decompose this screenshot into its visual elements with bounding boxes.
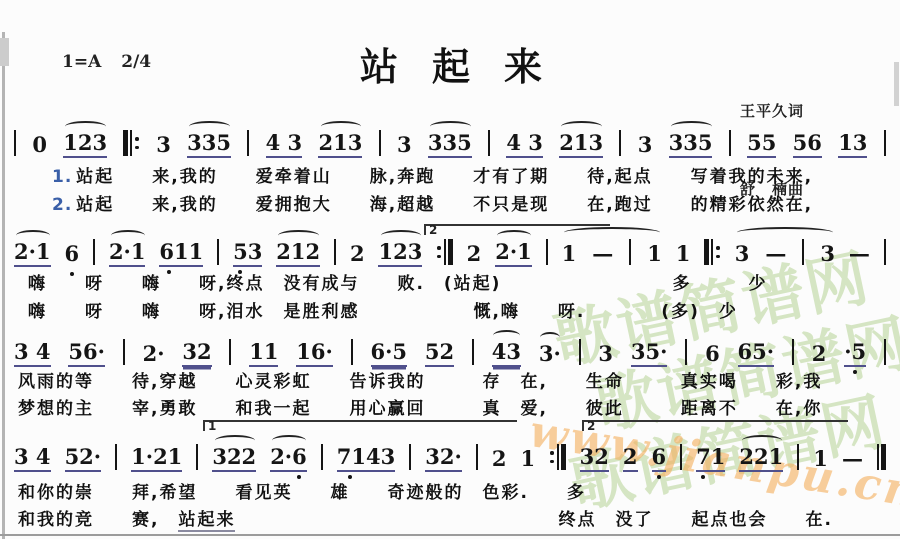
- tied-note-group: 3—3: [735, 239, 835, 267]
- lyrics-row-verse2-line3: 梦想的主 宰,勇敢 和我一起 用心赢回 真 爱, 彼此 距离不 在,你: [18, 394, 822, 419]
- note: 3: [397, 134, 412, 158]
- note: 43: [492, 341, 521, 367]
- note: 1: [562, 243, 577, 267]
- note: ·5: [844, 341, 866, 367]
- note: 6: [652, 446, 667, 472]
- note: 0: [32, 134, 47, 158]
- tied-note-group: 1—1: [562, 239, 662, 267]
- key-value: 1=A: [62, 52, 101, 72]
- notation-line-3: 3 456·2·321116·6·552433·335·665·2·5: [14, 333, 886, 367]
- barline: [546, 239, 548, 265]
- note: 13: [838, 132, 867, 158]
- lyrics-text: 和你的崇 拜,希望 看见英 雄 奇迹般的 色彩. 多: [18, 483, 586, 503]
- barline: [409, 444, 411, 470]
- lyrics-text: 风雨的等 待,穿越 心灵彩虹 告诉我的 存 在, 生命 真实喝 彩,我: [18, 372, 822, 392]
- lyrics-row-verse2-line4: 和我的竞 赛, 站起来 终点 没了 起点也会 在.: [18, 505, 833, 530]
- note: 1·21: [131, 446, 182, 472]
- note: 2·6: [270, 446, 307, 472]
- barline: [476, 444, 478, 470]
- barline: [351, 339, 353, 365]
- barline: [334, 239, 336, 265]
- note: 1: [676, 243, 691, 267]
- lyrics-text: 站起来: [178, 510, 235, 532]
- repeat-end-barline: [549, 444, 566, 470]
- note: 335: [187, 132, 231, 158]
- note: 32: [580, 446, 609, 472]
- note: 3·: [539, 343, 561, 367]
- note: 16·: [296, 341, 333, 367]
- lyrics-row-verse1-line3: 风雨的等 待,穿越 心灵彩虹 告诉我的 存 在, 生命 真实喝 彩,我: [18, 367, 822, 392]
- time-signature: 2/4: [121, 52, 151, 72]
- barline: [123, 339, 125, 365]
- note: 11: [249, 341, 278, 367]
- note: 56: [793, 132, 822, 158]
- note: 2: [492, 448, 507, 472]
- note: 32: [182, 341, 211, 367]
- note: 35·: [631, 341, 668, 367]
- final-barline: [877, 444, 886, 470]
- barline: [797, 444, 799, 470]
- note: 53: [233, 241, 262, 267]
- verse-number: 2.: [52, 195, 72, 215]
- note: 6·5: [371, 341, 408, 367]
- repeat-end-barline: [436, 239, 453, 265]
- barline: [884, 130, 886, 156]
- scan-edge-bottom: [0, 534, 900, 536]
- note-duration-dash: —: [849, 243, 870, 267]
- volta-label: 2: [587, 422, 595, 431]
- note: 4 3: [506, 132, 543, 158]
- barline: [321, 444, 323, 470]
- barline: [115, 444, 117, 470]
- note: 3: [598, 343, 613, 367]
- lyrics-text: 站起 来,我的 爱牵着山 脉,奔跑 才有了期 待,起点 写着我的未来,: [76, 167, 813, 187]
- barline: [196, 444, 198, 470]
- note: 3: [156, 134, 171, 158]
- note: 221: [739, 446, 783, 472]
- lyrics-row-verse2-line1: 2.站起 来,我的 爱拥抱大 海,超越 不只是现 在,跑过 的精彩依然在,: [52, 190, 813, 215]
- barline: [379, 130, 381, 156]
- barline: [229, 339, 231, 365]
- volta-bracket: 2: [582, 420, 848, 431]
- note: 2: [467, 243, 482, 267]
- note: 3: [638, 134, 653, 158]
- barline: [629, 239, 631, 265]
- lyrics-text: 终点 没了 起点也会 在.: [235, 510, 832, 530]
- lyrics-text: 嗨 呀 嗨 呀,泪水 是胜利感 慨,嗨 呀. (多) 少: [28, 302, 738, 322]
- note: 71: [696, 446, 725, 472]
- note: 2·: [143, 343, 165, 367]
- lyrics-row-verse1-line1: 1.站起 来,我的 爱牵着山 脉,奔跑 才有了期 待,起点 写着我的未来,: [52, 162, 813, 187]
- key-signature: 1=A2/4: [62, 52, 151, 72]
- lyrics-text: 站起 来,我的 爱拥抱大 海,超越 不只是现 在,跑过 的精彩依然在,: [76, 195, 813, 215]
- note: 1: [520, 448, 535, 472]
- note: 611: [159, 241, 203, 267]
- notation-line-1: 012333354 321333354 32133335555613: [14, 124, 886, 158]
- note-duration-dash: —: [765, 243, 786, 267]
- barline: [619, 130, 621, 156]
- verse-number: 1.: [52, 167, 72, 187]
- barline: [217, 239, 219, 265]
- barline: [685, 339, 687, 365]
- note: 335: [669, 132, 713, 158]
- barline: [579, 339, 581, 365]
- barline: [14, 130, 16, 156]
- repeat-begin-barline: [704, 239, 721, 265]
- note: 55: [747, 132, 776, 158]
- lyrics-text: 梦想的主 宰,勇敢 和我一起 用心赢回 真 爱, 彼此 距离不 在,你: [18, 399, 822, 419]
- lyrics-row-verse2-line2: 嗨 呀 嗨 呀,泪水 是胜利感 慨,嗨 呀. (多) 少: [28, 297, 738, 322]
- notation-line-2: 2·162·161153212212322·11—113—3—: [14, 233, 886, 267]
- note: 2·1: [14, 241, 51, 267]
- note-duration-dash: —: [842, 448, 863, 472]
- note: 1: [647, 243, 662, 267]
- note: 213: [318, 132, 362, 158]
- note: 4 3: [266, 132, 303, 158]
- note: 6: [64, 243, 79, 267]
- sheet-music-page: 歌谱简谱网 歌谱简谱网 歌谱简谱网 www.jianpu.cn 1=A2/4 站…: [0, 0, 900, 539]
- barline: [472, 339, 474, 365]
- barline: [247, 130, 249, 156]
- scan-artifact: [894, 62, 899, 106]
- scan-edge-left: [2, 32, 5, 539]
- note: 3: [735, 243, 750, 267]
- note: 335: [428, 132, 472, 158]
- note: 322: [212, 446, 256, 472]
- note: 213: [559, 132, 603, 158]
- barline: [488, 130, 490, 156]
- volta-bracket: 2: [424, 224, 610, 235]
- barline: [93, 239, 95, 265]
- note: 32·: [425, 446, 462, 472]
- note-duration-dash: —: [592, 243, 613, 267]
- barline: [680, 444, 682, 470]
- barline: [884, 239, 886, 265]
- song-title: 站起来: [360, 36, 576, 91]
- lyrics-row-verse1-line4: 和你的崇 拜,希望 看见英 雄 奇迹般的 色彩. 多: [18, 478, 586, 503]
- note: 212: [276, 241, 320, 267]
- note: 3 4: [14, 446, 51, 472]
- note: 2: [350, 243, 365, 267]
- note: 3: [820, 243, 835, 267]
- note: 3 4: [14, 341, 51, 367]
- volta-bracket: 1: [203, 420, 517, 431]
- barline: [729, 130, 731, 156]
- barline: [884, 339, 886, 365]
- note: 56·: [68, 341, 105, 367]
- lyrics-text: 和我的竞 赛,: [18, 510, 178, 530]
- note: 65·: [738, 341, 775, 367]
- scan-artifact: [0, 38, 9, 66]
- barline: [792, 339, 794, 365]
- note: 2: [623, 446, 638, 472]
- repeat-begin-barline: [123, 130, 140, 156]
- note: 52: [425, 341, 454, 367]
- note: 6: [705, 343, 720, 367]
- note: 52·: [65, 446, 102, 472]
- note: 2·1: [495, 241, 532, 267]
- volta-label: 2: [429, 226, 437, 235]
- note: 7143: [337, 446, 395, 472]
- lyricist-credit: 王平久词: [740, 98, 804, 124]
- note: 2·1: [109, 241, 146, 267]
- note: 123: [63, 132, 107, 158]
- notation-line-4: 3 452·1·213222·6714332·213226712211—: [14, 438, 886, 472]
- volta-label: 1: [208, 422, 216, 431]
- note: 123: [378, 241, 422, 267]
- lyrics-text: 嗨 呀 嗨 呀,终点 没有成与 败. (站起) 多 少: [28, 274, 767, 294]
- note: 1: [813, 448, 828, 472]
- barline: [802, 239, 804, 265]
- note: 2: [812, 343, 827, 367]
- lyrics-row-verse1-line2: 嗨 呀 嗨 呀,终点 没有成与 败. (站起) 多 少: [28, 269, 767, 294]
